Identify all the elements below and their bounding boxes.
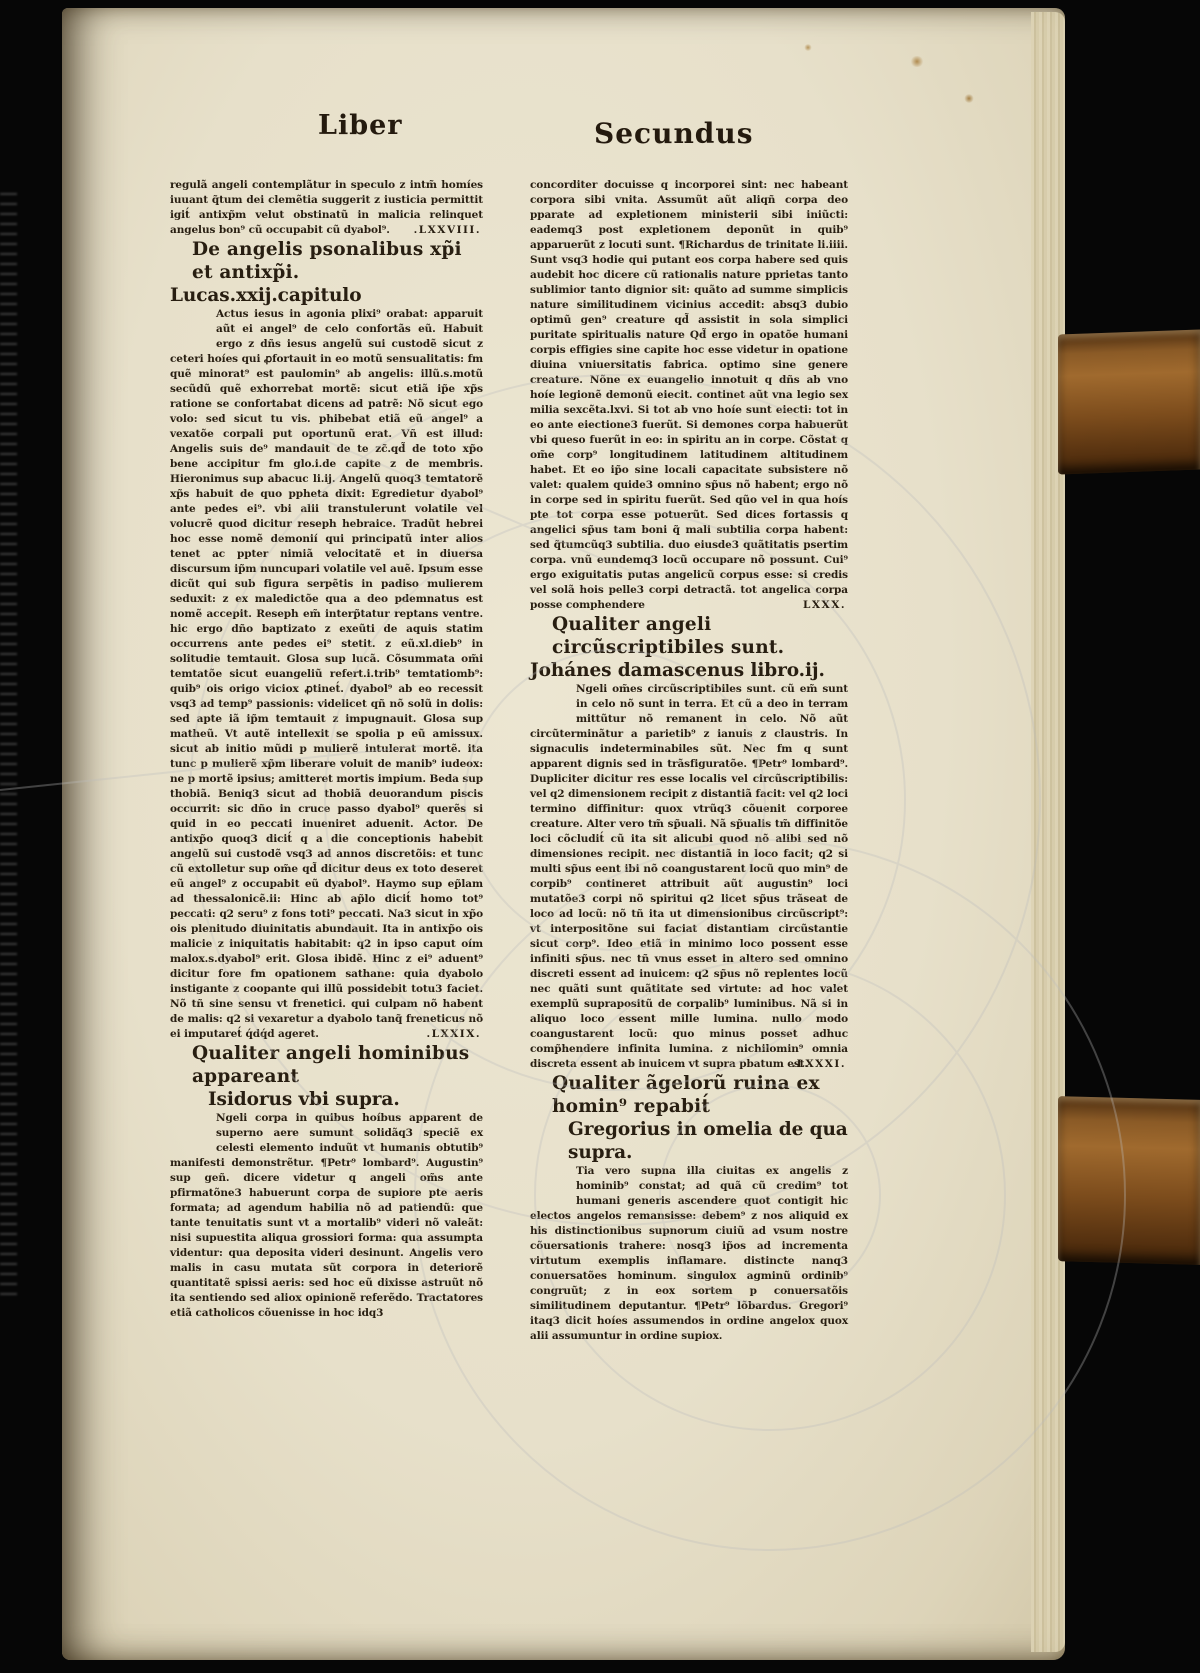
paragraph-text: Tia vero supna illa ciuitas ex angelis z… (530, 1165, 848, 1342)
text-column-left: regulã angeli contemplãtur in speculo z … (170, 178, 483, 1321)
fore-edge-leaves (1031, 12, 1065, 1652)
paragraph-text: Actus iesus in agonia plixi⁹ orabat: app… (170, 308, 483, 1040)
paragraph-text: concorditer docuisse q incorporei sint: … (530, 179, 848, 611)
foxing-spot (910, 56, 924, 67)
chapter-number: .LXXXI. (791, 1057, 846, 1072)
leather-strap-bottom (1058, 1096, 1200, 1265)
chapter-number: .LXXIX. (426, 1027, 481, 1042)
paragraph-section: Ngeli corpa in quibus hoíbus apparent de… (170, 1111, 483, 1321)
blank-initial-space (170, 1111, 216, 1156)
chapter-heading: Qualiter ãgelorũ ruina ex homin⁹ repabit… (530, 1072, 848, 1118)
chapter-source: Lucas.xxij.capitulo (170, 284, 483, 307)
paragraph-section: Actus iesus in agonia plixi⁹ orabat: app… (170, 307, 483, 1042)
paragraph-text: Ngeli corpa in quibus hoíbus apparent de… (170, 1112, 483, 1319)
running-head-secundus: Secundus (594, 117, 754, 150)
blank-initial-space (530, 682, 576, 727)
leather-strap-top (1058, 330, 1200, 475)
blank-initial-space (530, 1164, 576, 1209)
photograph-scene: Liber Secundus regulã angeli contemplãtu… (0, 0, 1200, 1673)
paragraph-section: Ngeli om̃es circũscriptibiles sunt. cũ e… (530, 682, 848, 1072)
chapter-source: Johánes damascenus libro.ij. (530, 659, 848, 682)
blank-initial-space (170, 307, 216, 352)
chapter-heading: Qualiter angeli circũscriptibiles sunt. (530, 613, 848, 659)
chapter-heading: De angelis psonalibus xp̃i et antixp̃i. (170, 238, 483, 284)
chapter-number: LXXX. (803, 598, 846, 613)
paragraph-continuation: concorditer docuisse q incorporei sint: … (530, 178, 848, 613)
chapter-number: .LXXVIII. (414, 223, 481, 238)
chapter-source: Isidorus vbi supra. (170, 1088, 483, 1111)
chapter-source: Gregorius in omelia de qua supra. (530, 1118, 848, 1164)
paragraph-section: Tia vero supna illa ciuitas ex angelis z… (530, 1164, 848, 1344)
running-head-liber: Liber (318, 110, 403, 141)
paragraph-text: Ngeli om̃es circũscriptibiles sunt. cũ e… (530, 683, 848, 1070)
paragraph-continuation: regulã angeli contemplãtur in speculo z … (170, 178, 483, 238)
foxing-spot (964, 94, 974, 103)
chapter-heading: Qualiter angeli hominibus appareant (170, 1042, 483, 1088)
text-column-right: concorditer docuisse q incorporei sint: … (530, 178, 848, 1344)
foxing-spot (804, 44, 812, 51)
adjacent-page-edge (0, 185, 17, 1295)
